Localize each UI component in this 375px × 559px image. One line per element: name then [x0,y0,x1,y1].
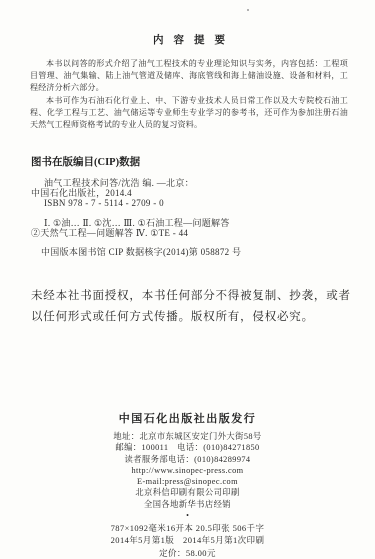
publisher-address: 地址：北京市东城区安定门外大街58号 [0,431,375,442]
cip-title-author-line: 油气工程技术问答/沈浩 编. —北京： [31,178,355,188]
separator-dot: • [0,512,375,520]
cip-record-group: 中国版本图书馆 CIP 数据核字(2014)第 058872 号 [31,247,355,257]
cip-bibliographic-group: 油气工程技术问答/沈浩 编. —北京： 中国石化出版社，2014.4 ISBN … [31,178,355,209]
distributor-name: 全国各地新华书店经销 [0,499,375,510]
cip-data-section: 图书在版编目(CIP)数据 油气工程技术问答/沈浩 编. —北京： 中国石化出版… [31,157,355,266]
publisher-website: http://www.sinopec-press.com [0,465,375,476]
cip-publisher-line: 中国石化出版社，2014.4 [31,188,355,198]
summary-title: 内容提要 [30,32,348,47]
cip-record-number-line: 中国版本图书馆 CIP 数据核字(2014)第 058872 号 [31,247,355,257]
printer-name: 北京科信印刷有限公司印刷 [0,487,375,498]
reader-service-phone: 读者服务部电话：(010)84289974 [0,454,375,465]
cip-header: 图书在版编目(CIP)数据 [31,157,355,169]
scan-speck [247,9,249,11]
book-copyright-page: 内容提要 本书以问答的形式介绍了油气工程技术的专业理论知识与实务，内容包括：工程… [0,0,375,559]
summary-paragraph-1: 本书以问答的形式介绍了油气工程技术的专业理论知识与实务，内容包括：工程项目管理、… [30,58,348,95]
content-summary-section: 内容提要 本书以问答的形式介绍了油气工程技术的专业理论知识与实务，内容包括：工程… [30,32,348,131]
publisher-email: E-mail:press@sinopec.com [0,476,375,487]
format-specs-line: 787×1092毫米16开本 20.5印张 506千字 [0,522,375,534]
cip-classification-group: Ⅰ. ①油… Ⅱ. ①沈… Ⅲ. ①石油工程—问题解答 ②天然气工程—问题解答 … [31,218,355,238]
notice-line-1: 未经本社书面授权，本书任何部分不得被复制、抄袭，或者 [31,286,355,307]
copyright-notice: 未经本社书面授权，本书任何部分不得被复制、抄袭，或者 以任何形式或任何方式传播。… [31,286,355,327]
cip-classification-line-2: ②天然气工程—问题解答 Ⅳ. ①TE - 44 [31,228,355,238]
edition-printing-line: 2014年5月第1版 2014年5月第1次印刷 [0,534,375,546]
publication-colophon: 中国石化出版社出版发行 地址：北京市东城区安定门外大街58号 邮编：100011… [0,413,375,559]
notice-line-2: 以任何形式或任何方式传播。版权所有，侵权必究。 [31,307,355,328]
cip-classification-line-1: Ⅰ. ①油… Ⅱ. ①沈… Ⅲ. ①石油工程—问题解答 [31,218,355,228]
summary-paragraph-2: 本书可作为石油石化行业上、中、下游专业技术人员日常工作以及大专院校石油工程、化学… [30,95,348,132]
price-line: 定价：58.00元 [0,547,375,559]
postcode-phone: 邮编：100011 电话：(010)84271850 [0,442,375,453]
publisher-name: 中国石化出版社出版发行 [0,413,375,426]
cip-isbn-line: ISBN 978 - 7 - 5114 - 2709 - 0 [31,198,355,208]
